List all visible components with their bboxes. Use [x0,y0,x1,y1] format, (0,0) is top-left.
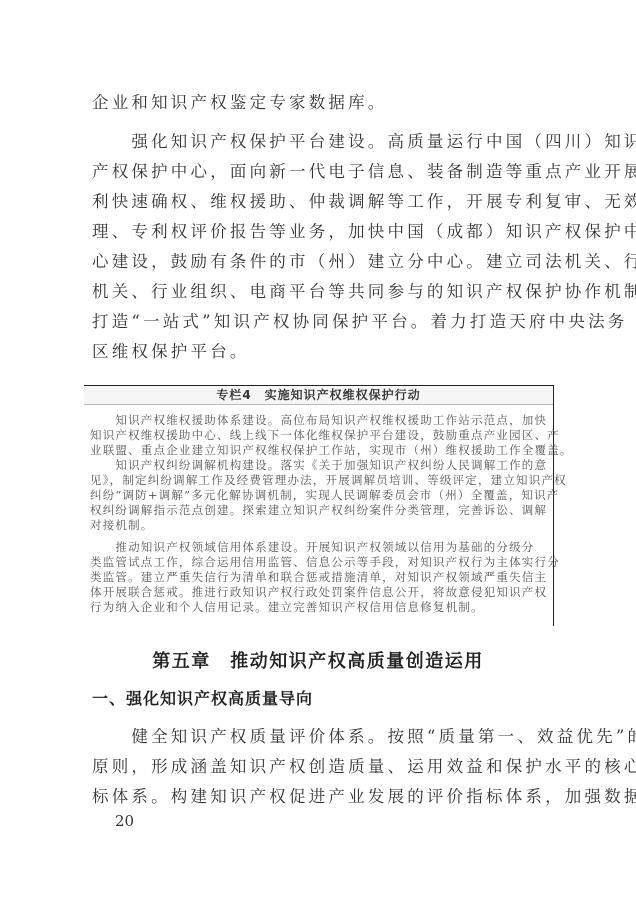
body-line: 区维权保护平台。 [92,342,552,362]
box-line: 见》，制定纠纷调解工作及经费管理办法，开展调解员培训、等级评定，建立知识产权 [90,473,548,488]
body-line: 理、专利权评价报告等业务，加快中国（成都）知识产权保护中 [92,222,552,242]
box-line: 类监管试点工作，综合运用信用监管、信息公示等手段，对知识产权行为主体实行分 [90,555,548,570]
box-line: 体开展联合惩戒。推进行政知识产权行政处罚案件信息公开，将故意侵犯知识产权 [90,585,548,600]
body-line: 打造“一站式”知识产权协同保护平台。着力打造天府中央法务 [92,312,552,332]
box-line: 类监管。建立严重失信行为清单和联合惩戒措施清单，对知识产权领域严重失信主 [90,570,548,585]
box-line: 知识产权维权援助体系建设。高位布局知识产权维权援助工作站示范点，加快 [90,413,548,428]
box-line: 知识产权纠纷调解机构建设。落实《关于加强知识产权纠纷人民调解工作的意 [90,458,548,473]
body-line: 强化知识产权保护平台建设。高质量运行中国（四川）知识 [92,132,552,152]
box-line: 推动知识产权领域信用体系建设。开展知识产权领域以信用为基础的分级分 [90,540,548,555]
body-line: 原则，形成涵盖知识产权创造质量、运用效益和保护水平的核心指 [92,757,552,777]
box-title: 专栏4 实施知识产权维权保护行动 [84,386,553,405]
body-line: 产权保护中心，面向新一代电子信息、装备制造等重点产业开展专 [92,162,552,182]
body-line: 健全知识产权质量评价体系。按照“质量第一、效益优先”的 [92,727,552,747]
body-line: 心建设，鼓励有条件的市（州）建立分中心。建立司法机关、行政 [92,252,552,272]
box-line: 业联盟、重点企业建立知识产权维权保护工作站，实现市（州）维权援助工作全覆盖。 [90,443,548,458]
body-line: 利快速确权、维权援助、仲裁调解等工作，开展专利复审、无效审 [92,192,552,212]
box-line: 行为纳入企业和个人信用记录。建立完善知识产权信用信息修复机制。 [90,600,548,615]
box-line: 权纠纷调解指示范点创建。探索建立知识产权纠纷案件分类管理，完善诉讼、调解 [90,503,548,518]
box-line: 纠纷“调防+调解”多元化解协调机制，实现人民调解委员会市（州）全覆盖，知识产 [90,488,548,503]
sidebar-box: 专栏4 实施知识产权维权保护行动 知识产权维权援助体系建设。高位布局知识产权维权… [84,385,554,626]
chapter-title: 第五章 推动知识产权高质量创造运用 [0,647,636,673]
body-line: 企业和知识产权鉴定专家数据库。 [92,93,552,113]
box-line: 知识产权维权援助中心、线上线下一体化维权保护平台建设，鼓励重点产业园区、产 [90,428,548,443]
box-line: 对接机制。 [90,518,548,533]
section-title: 一、强化知识产权高质量导向 [92,686,313,709]
body-line: 机关、行业组织、电商平台等共同参与的知识产权保护协作机制， [92,282,552,302]
page-number: 20 [115,812,134,830]
body-line: 标体系。构建知识产权促进产业发展的评价指标体系，加强数据 [92,787,552,807]
